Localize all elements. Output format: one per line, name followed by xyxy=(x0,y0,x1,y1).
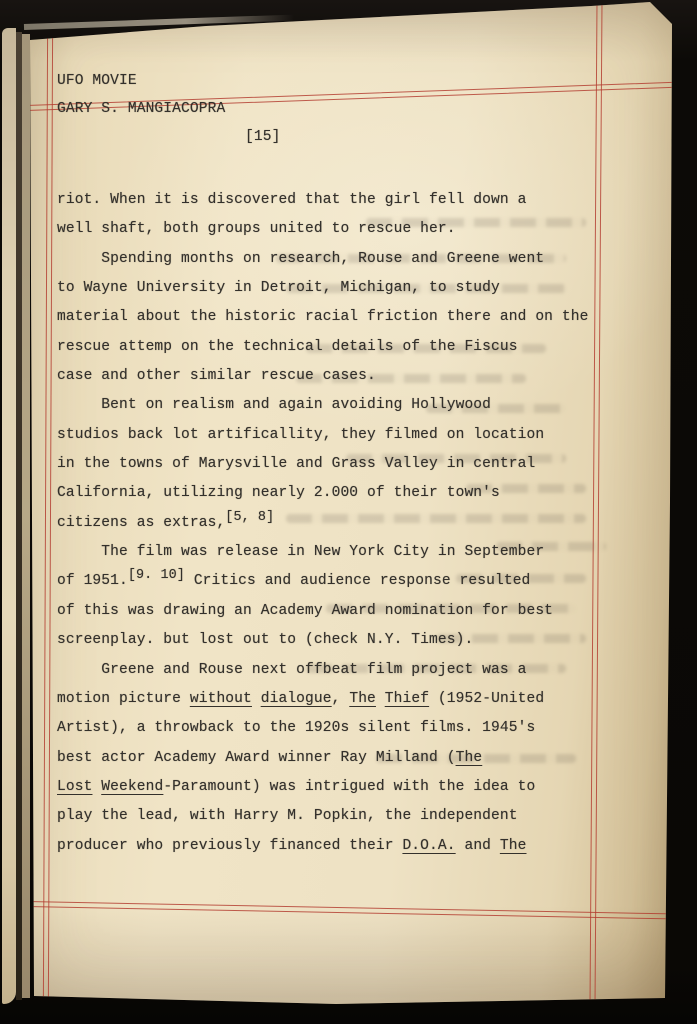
book-page-edges-inner xyxy=(22,34,30,998)
text-segment xyxy=(376,691,385,707)
text-segment: [9. 10] xyxy=(128,568,185,583)
text-line: well shaft, both groups united to rescue… xyxy=(57,215,642,244)
text-segment: D.O.A. xyxy=(402,838,455,854)
text-segment: Thief xyxy=(385,691,429,707)
text-segment: Weekend xyxy=(101,779,163,795)
margin-rule-bottom xyxy=(26,901,674,919)
text-line: Spending months on research, Rouse and G… xyxy=(57,245,642,274)
photo-background: UFO MOVIE GARY S. MANGIACOPRA [15] riot.… xyxy=(0,0,697,1024)
text-segment: , xyxy=(332,691,350,707)
text-line: producer who previously financed their D… xyxy=(57,832,642,861)
text-line: Greene and Rouse next offbeat film proje… xyxy=(57,656,642,685)
text-line: material about the historic racial frict… xyxy=(57,303,642,332)
text-segment: of this was drawing an Academy Award nom… xyxy=(57,603,553,619)
text-segment: The film was release in New York City in… xyxy=(57,544,544,560)
manuscript-page: UFO MOVIE GARY S. MANGIACOPRA [15] riot.… xyxy=(26,2,674,1006)
text-segment: producer who previously financed their xyxy=(57,838,402,854)
text-line: Lost Weekend-Paramount) was intrigued wi… xyxy=(57,773,642,802)
document-author: GARY S. MANGIACOPRA xyxy=(57,101,225,117)
text-line: The film was release in New York City in… xyxy=(57,538,642,567)
text-segment: in the towns of Marysville and Grass Val… xyxy=(57,456,535,472)
text-segment: studios back lot artificallity, they fil… xyxy=(57,427,544,443)
text-segment: citizens as extras, xyxy=(57,515,225,531)
text-segment: to Wayne University in Detroit, Michigan… xyxy=(57,280,500,296)
text-segment: The xyxy=(456,750,483,766)
text-segment: The xyxy=(500,838,527,854)
typed-body-text: riot. When it is discovered that the gir… xyxy=(57,186,642,861)
text-segment: and xyxy=(456,838,500,854)
text-segment: motion picture xyxy=(57,691,190,707)
text-segment: Bent on realism and again avoiding Holly… xyxy=(57,397,491,413)
page-number: [15] xyxy=(245,129,280,145)
text-segment: material about the historic racial frict… xyxy=(57,309,588,325)
text-segment: (1952-United xyxy=(429,691,544,707)
text-segment: best actor Academy Award winner Ray Mill… xyxy=(57,750,456,766)
text-segment: [5, 8] xyxy=(225,510,274,525)
text-segment: case and other similar rescue cases. xyxy=(57,368,376,384)
margin-rule-left xyxy=(43,28,53,1000)
text-segment xyxy=(92,779,101,795)
text-segment: rescue attemp on the technical details o… xyxy=(57,339,518,355)
text-line: motion picture without dialogue, The Thi… xyxy=(57,685,642,714)
text-segment: riot. When it is discovered that the gir… xyxy=(57,192,526,208)
text-segment xyxy=(252,691,261,707)
text-line: Bent on realism and again avoiding Holly… xyxy=(57,391,642,420)
text-line: California, utilizing nearly 2.000 of th… xyxy=(57,479,642,508)
text-line: to Wayne University in Detroit, Michigan… xyxy=(57,274,642,303)
text-segment: without xyxy=(190,691,252,707)
text-segment: play the lead, with Harry M. Popkin, the… xyxy=(57,808,518,824)
text-line: studios back lot artificallity, they fil… xyxy=(57,421,642,450)
text-line: rescue attemp on the technical details o… xyxy=(57,333,642,362)
text-line: Artist), a throwback to the 1920s silent… xyxy=(57,714,642,743)
text-line: riot. When it is discovered that the gir… xyxy=(57,186,642,215)
text-line: best actor Academy Award winner Ray Mill… xyxy=(57,744,642,773)
text-segment: well shaft, both groups united to rescue… xyxy=(57,221,456,237)
text-line: of 1951.[9. 10] Critics and audience res… xyxy=(57,567,642,596)
text-segment: Lost xyxy=(57,779,92,795)
text-segment: of 1951. xyxy=(57,573,128,589)
document-title: UFO MOVIE xyxy=(57,73,137,89)
text-segment: screenplay. but lost out to (check N.Y. … xyxy=(57,632,473,648)
text-line: play the lead, with Harry M. Popkin, the… xyxy=(57,802,642,831)
text-line: case and other similar rescue cases. xyxy=(57,362,642,391)
text-line: screenplay. but lost out to (check N.Y. … xyxy=(57,626,642,655)
text-line: citizens as extras,[5, 8] xyxy=(57,509,642,538)
text-segment: California, utilizing nearly 2.000 of th… xyxy=(57,485,500,501)
text-segment: Spending months on research, Rouse and G… xyxy=(57,251,544,267)
text-segment: dialogue xyxy=(261,691,332,707)
text-line: of this was drawing an Academy Award nom… xyxy=(57,597,642,626)
text-segment: -Paramount) was intrigued with the idea … xyxy=(163,779,535,795)
text-segment: Artist), a throwback to the 1920s silent… xyxy=(57,720,535,736)
text-segment: Critics and audience response resulted xyxy=(185,573,530,589)
text-line: in the towns of Marysville and Grass Val… xyxy=(57,450,642,479)
text-segment: Greene and Rouse next offbeat film proje… xyxy=(57,662,526,678)
text-segment: The xyxy=(349,691,376,707)
book-page-edges xyxy=(2,28,16,1004)
